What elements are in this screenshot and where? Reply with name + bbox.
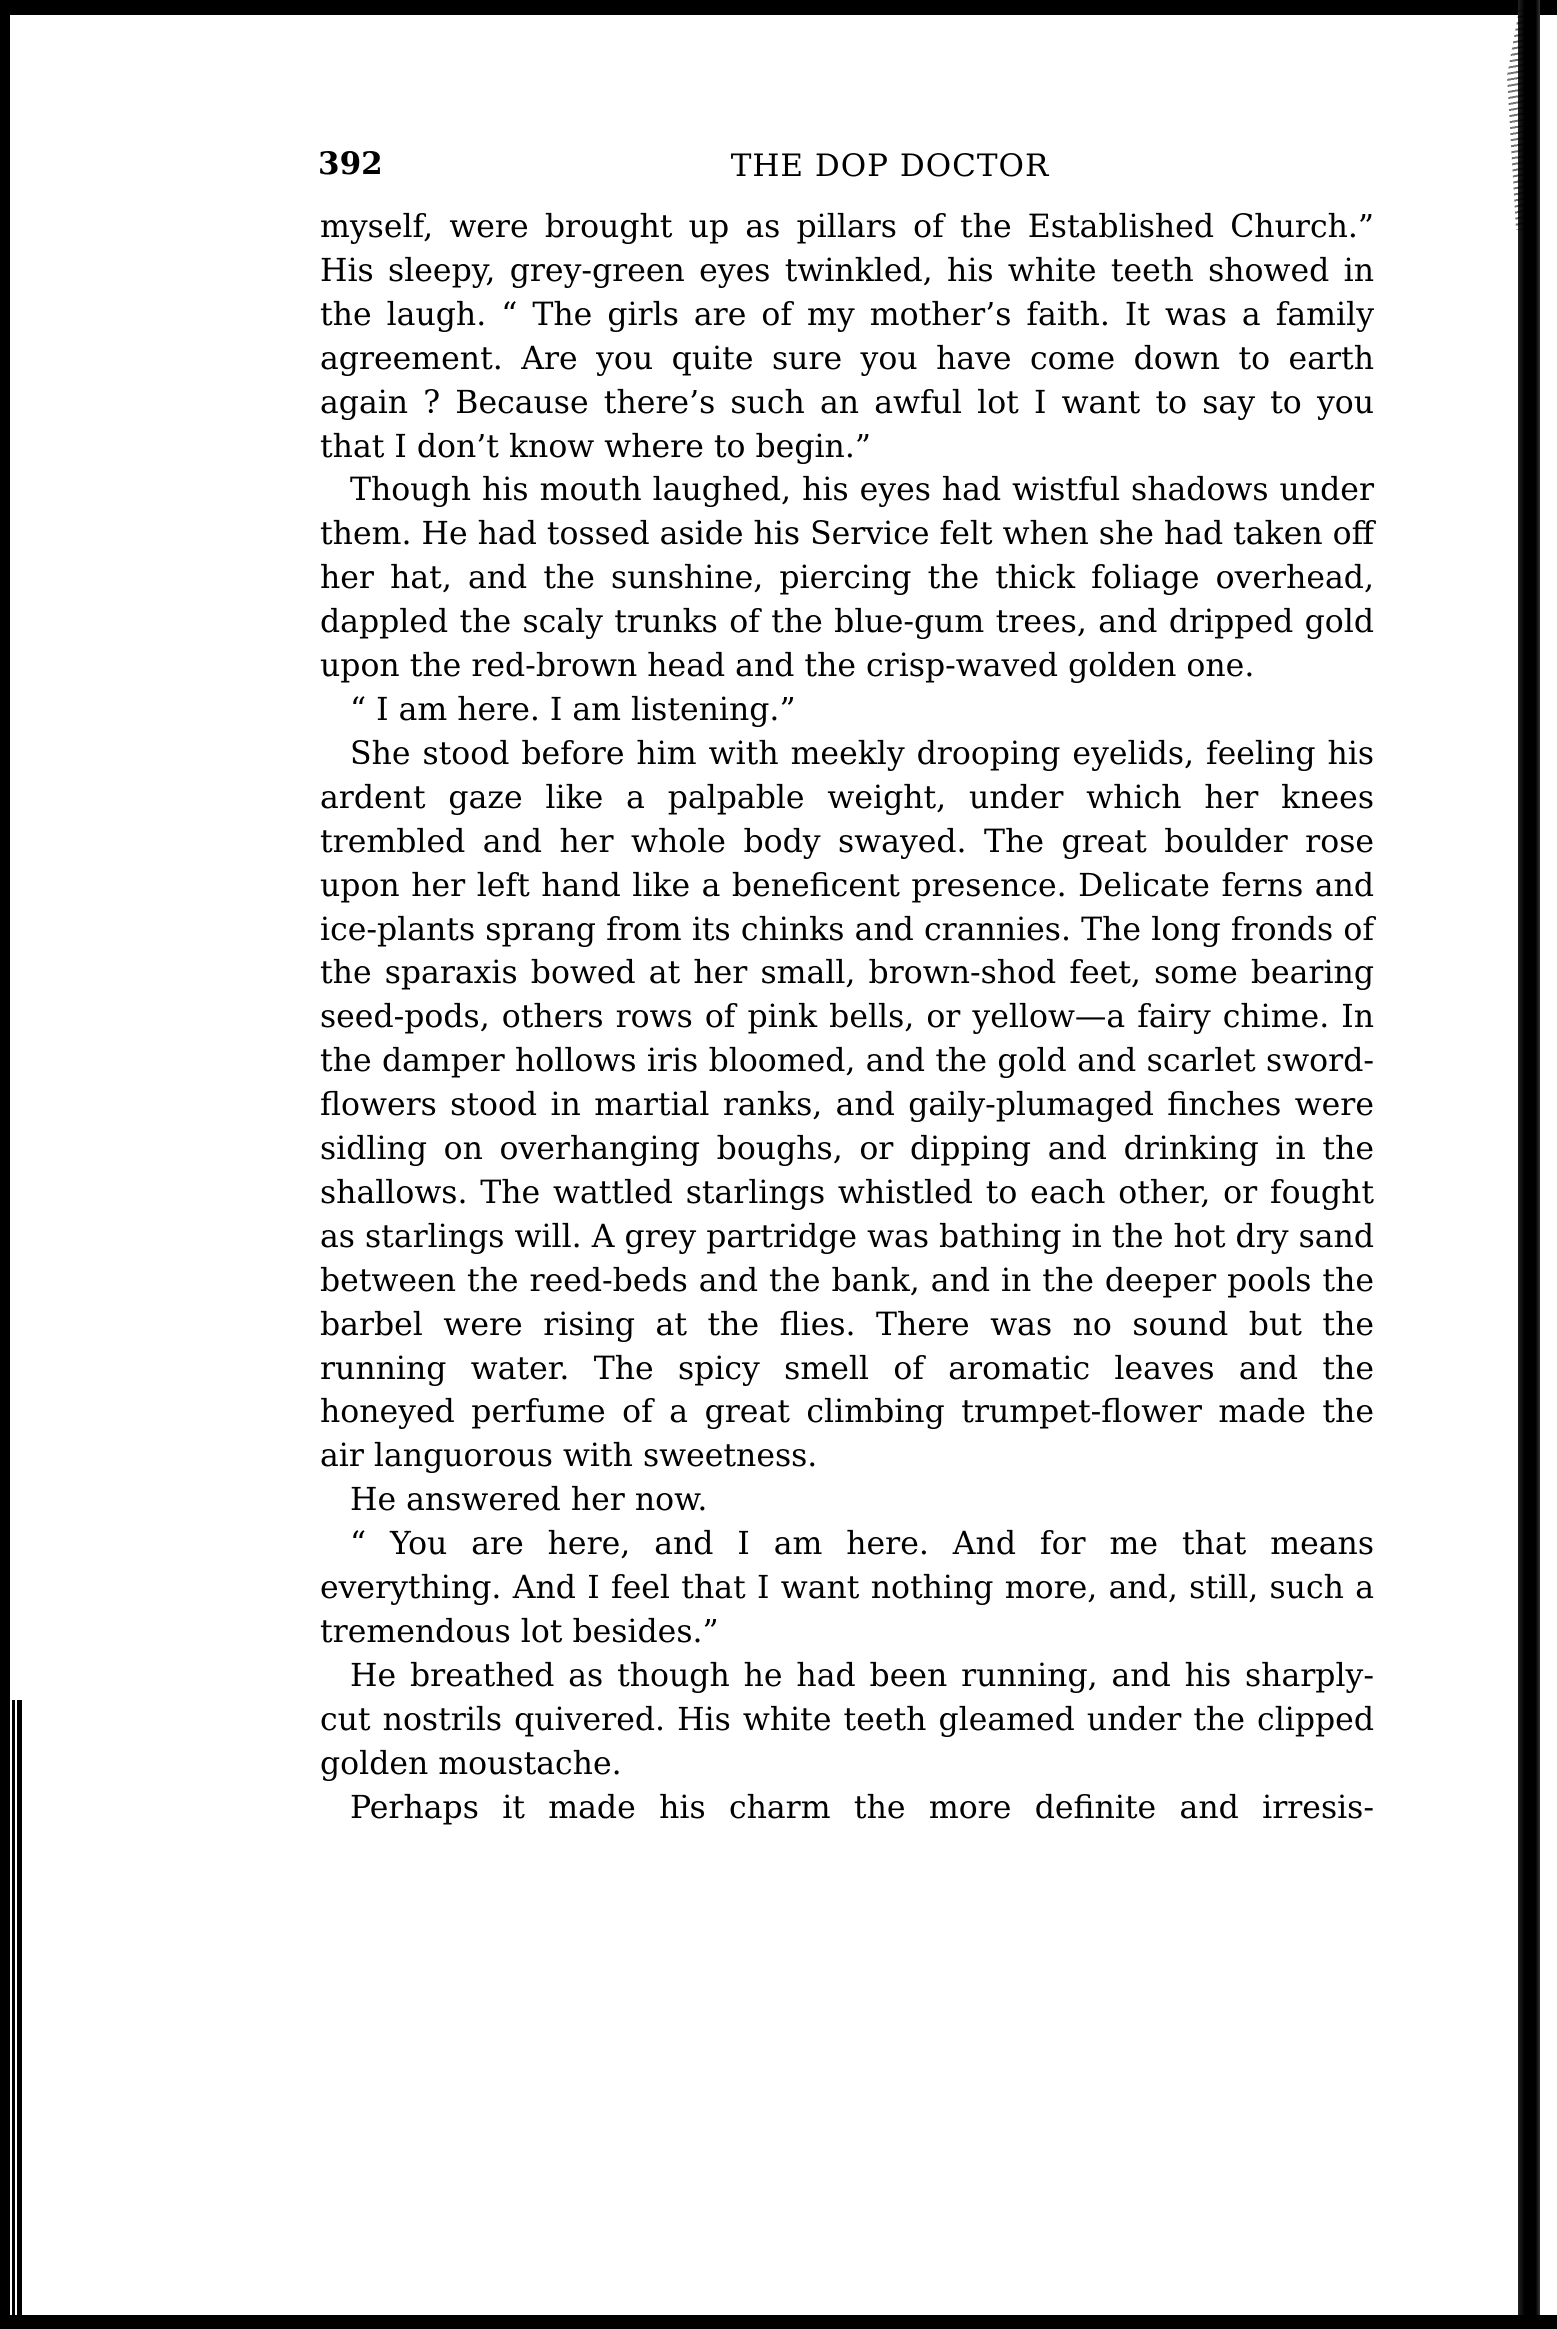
body-text: myself, were brought up as pillars of th… [320,206,1374,1831]
book-spine-fray [1495,10,1525,230]
paragraph: “ I am here. I am listening.” [320,689,1374,733]
scan-border-bottom [0,2315,1557,2329]
paragraph: He breathed as though he had been runnin… [320,1655,1374,1787]
scan-border-left [0,0,10,2329]
scan-border-left-inner [12,1700,22,2320]
paragraph: Though his mouth laughed, his eyes had w… [320,469,1374,689]
page-header: 392 THE DOP DOCTOR [318,142,1372,186]
paragraph: He answered her now. [320,1479,1374,1523]
paragraph: myself, were brought up as pillars of th… [320,206,1374,469]
running-title: THE DOP DOCTOR [318,144,1372,188]
scan-border-top [0,0,1557,15]
book-spine-edge [1518,0,1540,2329]
paragraph: She stood before him with meekly droopin… [320,733,1374,1479]
paragraph-continued: Perhaps it made his charm the more defin… [320,1787,1374,1831]
paragraph: “ You are here, and I am here. And for m… [320,1523,1374,1655]
